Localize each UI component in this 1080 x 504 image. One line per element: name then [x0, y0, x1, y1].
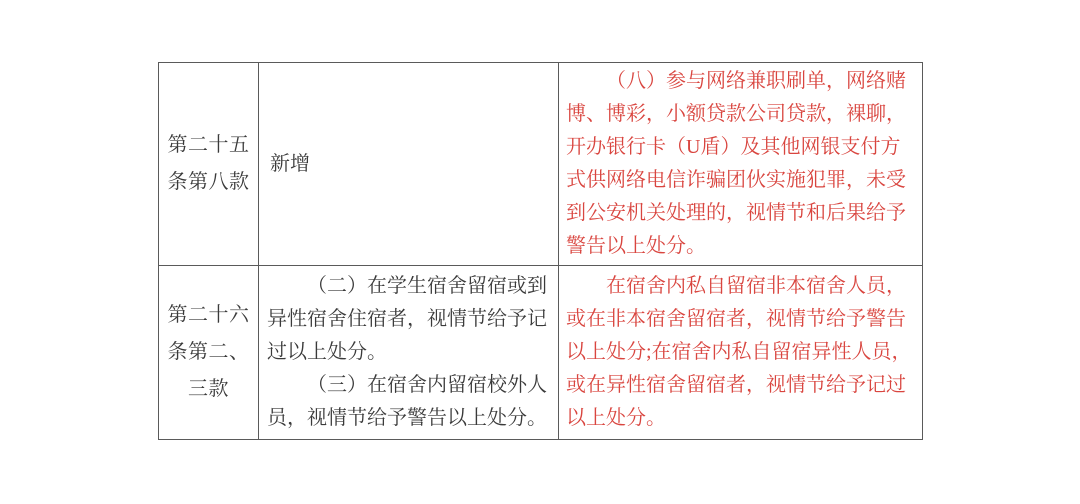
clause-cell: 第二十五条第八款 — [159, 63, 259, 266]
clause-cell: 第二十六条第二、三款 — [159, 266, 259, 439]
document-page: 第二十五条第八款 新增 （八）参与网络兼职刷单，网络赌博、博彩，小额贷款公司贷款… — [0, 0, 1080, 504]
regulation-revision-table: 第二十五条第八款 新增 （八）参与网络兼职刷单，网络赌博、博彩，小额贷款公司贷款… — [158, 62, 923, 440]
original-text-cell: （二）在学生宿舍留宿或到异性宿舍住宿者，视情节给予记过以上处分。 （三）在宿舍内… — [259, 266, 559, 439]
original-paragraph: （三）在宿舍内留宿校外人员，视情节给予警告以上处分。 — [267, 369, 550, 435]
original-paragraph: 新增 — [270, 148, 550, 181]
revised-text-cell: 在宿舍内私自留宿非本宿舍人员，或在非本宿舍留宿者，视情节给予警告以上处分;在宿舍… — [559, 266, 922, 439]
original-paragraph: （二）在学生宿舍留宿或到异性宿舍住宿者，视情节给予记过以上处分。 — [267, 270, 550, 369]
original-text-cell: 新增 — [259, 63, 559, 266]
revised-text-cell: （八）参与网络兼职刷单，网络赌博、博彩，小额贷款公司贷款，裸聊，开办银行卡（U盾… — [559, 63, 922, 266]
revised-paragraph: 在宿舍内私自留宿非本宿舍人员，或在非本宿舍留宿者，视情节给予警告以上处分;在宿舍… — [566, 270, 915, 435]
revised-paragraph: （八）参与网络兼职刷单，网络赌博、博彩，小额贷款公司贷款，裸聊，开办银行卡（U盾… — [566, 65, 915, 263]
